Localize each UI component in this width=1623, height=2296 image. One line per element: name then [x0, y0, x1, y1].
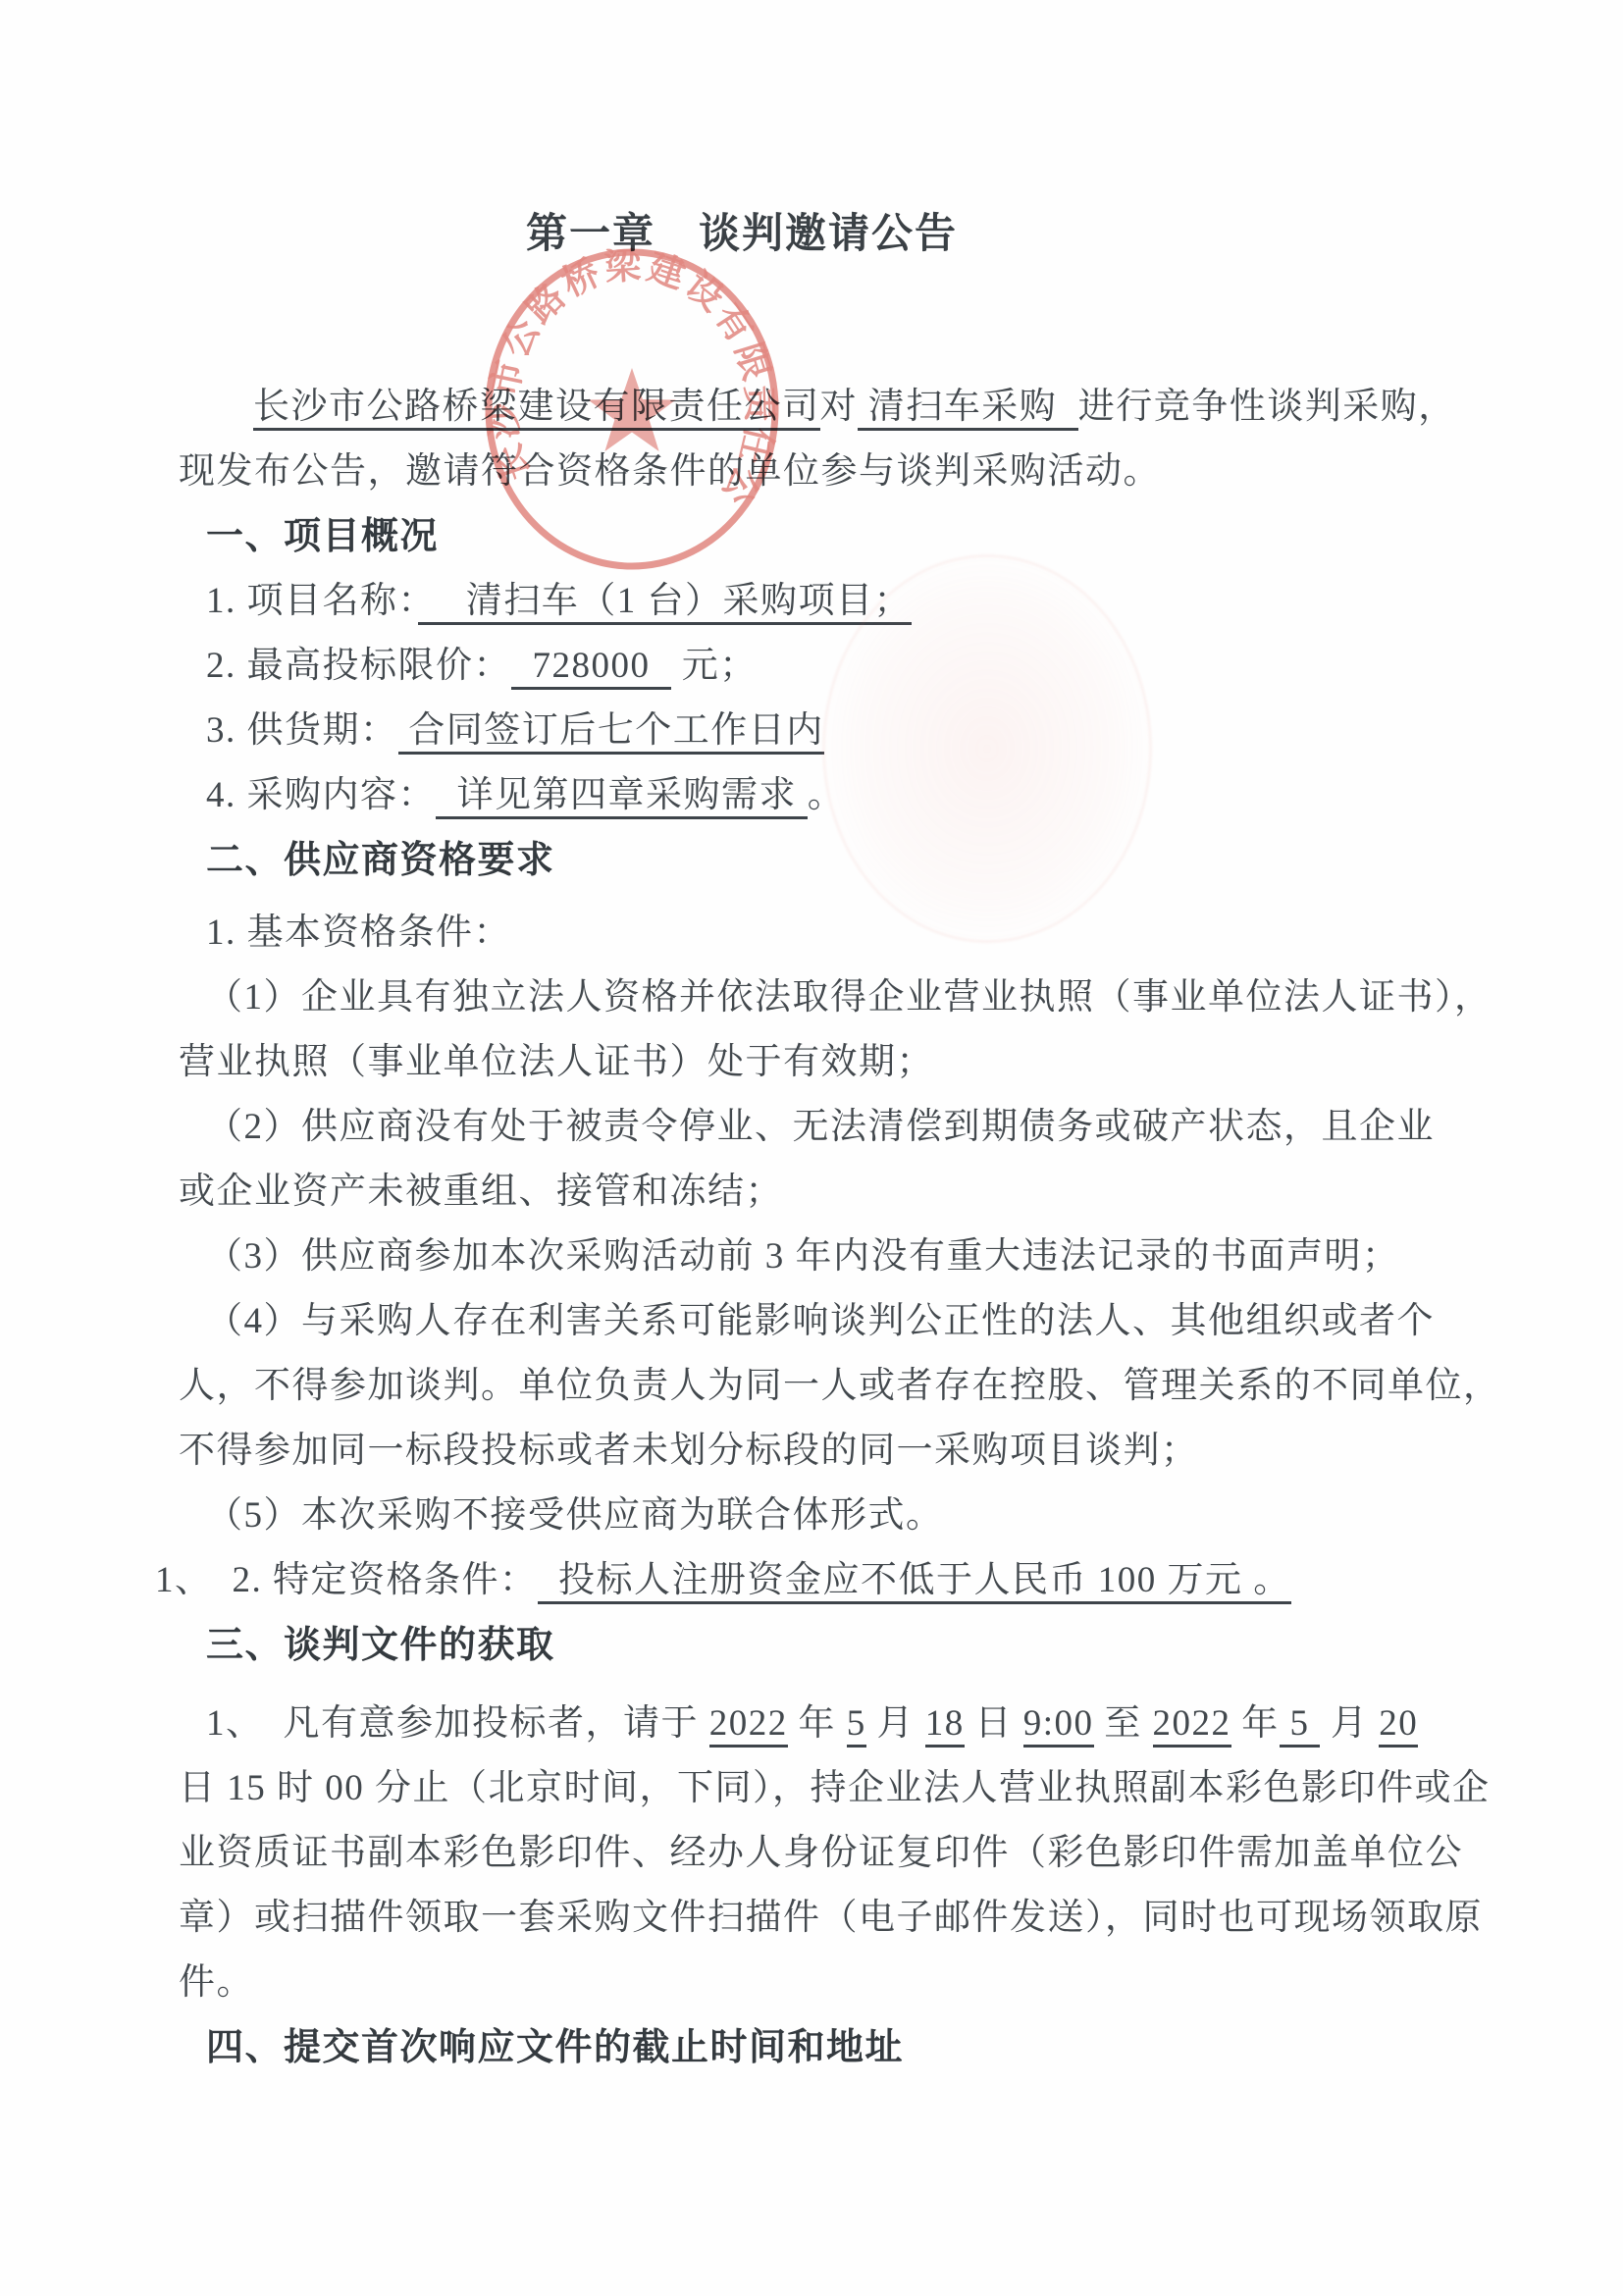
- text-segment: 年: [788, 1703, 847, 1744]
- text-segment: （4）与采购人存在利害关系可能影响谈判公正性的法人、其他组织或者个: [206, 1301, 1435, 1341]
- underlined-text: 2022: [1153, 1703, 1231, 1748]
- text-segment: 2. 特定资格条件：: [194, 1560, 538, 1600]
- underlined-text: 清扫车采购: [858, 387, 1078, 431]
- text-line: 现发布公告，邀请符合资格条件的单位参与谈判采购活动。: [179, 440, 1501, 504]
- text-line: 营业执照（事业单位法人证书）处于有效期；: [179, 1030, 1501, 1095]
- text-segment: 进行竞争性谈判采购，: [1078, 387, 1456, 427]
- text-line: 长沙市公路桥梁建设有限责任公司对 清扫车采购 进行竞争性谈判采购，: [179, 375, 1501, 440]
- text-segment: 元；: [671, 646, 758, 686]
- page-title: 第一章 谈判邀请公告: [179, 206, 1501, 267]
- underlined-text: 清扫车（1 台）采购项目；: [418, 581, 913, 625]
- text-segment: （3）供应商参加本次采购活动前 3 年内没有重大违法记录的书面声明；: [206, 1236, 1400, 1277]
- document-page: 第一章 谈判邀请公告 长沙市公路桥梁建设有限责任公司对 清扫车采购 进行竞争性谈…: [0, 0, 1623, 2296]
- underlined-text: 详见第四章采购需求: [436, 775, 808, 819]
- text-segment: 4. 采购内容：: [206, 775, 436, 815]
- text-segment: 1、: [155, 1560, 194, 1600]
- text-segment: （2）供应商没有处于被责令停业、无法清偿到期债务或破产状态，且企业: [206, 1107, 1435, 1147]
- text-line: 1、 2. 特定资格条件： 投标人注册资金应不低于人民币 100 万元 。: [155, 1548, 1501, 1613]
- text-line: 1. 基本资格条件：: [179, 901, 1501, 965]
- text-segment: 三、谈判文件的获取: [206, 1625, 555, 1666]
- text-line: （3）供应商参加本次采购活动前 3 年内没有重大违法记录的书面声明；: [179, 1225, 1501, 1289]
- text-segment: 四、提交首次响应文件的截止时间和地址: [206, 2027, 904, 2068]
- text-line: 3. 供货期： 合同签订后七个工作日内: [179, 699, 1501, 763]
- section-heading: 三、谈判文件的获取: [179, 1613, 1501, 1678]
- text-segment: 月: [1320, 1703, 1379, 1744]
- text-line: 2. 最高投标限价： 728000 元；: [179, 634, 1501, 699]
- text-segment: 2. 最高投标限价：: [206, 646, 511, 686]
- text-line: 1、 凡有意参加投标者，请于 2022 年 5 月 18 日 9:00 至 20…: [179, 1692, 1501, 1756]
- text-line: 或企业资产未被重组、接管和冻结；: [179, 1160, 1501, 1225]
- text-segment: 现发布公告，邀请符合资格条件的单位参与谈判采购活动。: [179, 451, 1161, 492]
- underlined-text: 合同签订后七个工作日内: [398, 710, 824, 755]
- text-segment: 月: [866, 1703, 925, 1744]
- text-segment: 或企业资产未被重组、接管和冻结；: [179, 1172, 783, 1212]
- text-line: （4）与采购人存在利害关系可能影响谈判公正性的法人、其他组织或者个: [179, 1289, 1501, 1354]
- section-heading: 二、供应商资格要求: [179, 828, 1501, 893]
- text-line: 不得参加同一标段投标或者未划分标段的同一采购项目谈判；: [179, 1419, 1501, 1484]
- text-line: 1. 项目名称： 清扫车（1 台）采购项目；: [179, 569, 1501, 634]
- underlined-text: 20: [1379, 1703, 1418, 1748]
- underlined-text: 18: [925, 1703, 965, 1748]
- underlined-text: 5: [1280, 1703, 1321, 1748]
- text-segment: 章）或扫描件领取一套采购文件扫描件（电子邮件发送），同时也可现场领取原: [179, 1898, 1483, 1938]
- text-segment: 人，不得参加谈判。单位负责人为同一人或者存在控股、管理关系的不同单位，: [179, 1366, 1501, 1406]
- text-line: 业资质证书副本彩色影印件、经办人身份证复印件（彩色影印件需加盖单位公: [179, 1821, 1501, 1886]
- text-segment: 业资质证书副本彩色影印件、经办人身份证复印件（彩色影印件需加盖单位公: [179, 1833, 1463, 1873]
- text-line: 日 15 时 00 分止（北京时间，下同），持企业法人营业执照副本彩色影印件或企: [179, 1756, 1501, 1821]
- text-segment: 一、项目概况: [206, 516, 439, 557]
- text-line: （5）本次采购不接受供应商为联合体形式。: [179, 1484, 1501, 1548]
- underlined-text: 9:00: [1023, 1703, 1094, 1748]
- text-segment: 日 15 时 00 分止（北京时间，下同），持企业法人营业执照副本彩色影印件或企: [179, 1768, 1491, 1808]
- text-line: 章）或扫描件领取一套采购文件扫描件（电子邮件发送），同时也可现场领取原: [179, 1886, 1501, 1951]
- text-segment: 年: [1231, 1703, 1280, 1744]
- text-segment: 凡有意参加投标者，请于: [245, 1703, 709, 1744]
- text-line: （2）供应商没有处于被责令停业、无法清偿到期债务或破产状态，且企业: [179, 1095, 1501, 1160]
- text-segment: 1. 基本资格条件：: [206, 913, 511, 953]
- document-body: 长沙市公路桥梁建设有限责任公司对 清扫车采购 进行竞争性谈判采购，现发布公告，邀…: [179, 375, 1501, 2080]
- section-heading: 四、提交首次响应文件的截止时间和地址: [179, 2015, 1501, 2080]
- text-segment: 营业执照（事业单位法人证书）处于有效期；: [179, 1042, 934, 1082]
- text-line: （1）企业具有独立法人资格并依法取得企业营业执照（事业单位法人证书），: [179, 965, 1501, 1030]
- text-segment: 二、供应商资格要求: [206, 840, 555, 881]
- underlined-text: 投标人注册资金应不低于人民币 100 万元 。: [538, 1560, 1291, 1604]
- text-segment: 日: [965, 1703, 1023, 1744]
- underlined-text: 2022: [709, 1703, 788, 1748]
- text-segment: （1）企业具有独立法人资格并依法取得企业营业执照（事业单位法人证书），: [206, 977, 1492, 1018]
- text-line: 4. 采购内容： 详见第四章采购需求 。: [179, 763, 1501, 828]
- text-segment: 不得参加同一标段投标或者未划分标段的同一采购项目谈判；: [179, 1431, 1199, 1471]
- underlined-text: 长沙市公路桥梁建设有限责任公司: [253, 387, 820, 431]
- underlined-text: 5: [847, 1703, 866, 1748]
- text-segment: 件。: [179, 1962, 254, 2003]
- text-segment: 3. 供货期：: [206, 710, 398, 751]
- text-line: 件。: [179, 1951, 1501, 2015]
- text-segment: 对: [820, 387, 859, 427]
- section-heading: 一、项目概况: [179, 504, 1501, 569]
- text-segment: （5）本次采购不接受供应商为联合体形式。: [206, 1495, 944, 1536]
- text-segment: 1、: [206, 1703, 245, 1744]
- document-content: 第一章 谈判邀请公告 长沙市公路桥梁建设有限责任公司对 清扫车采购 进行竞争性谈…: [179, 0, 1501, 2080]
- text-segment: 至: [1094, 1703, 1153, 1744]
- text-segment: 。: [808, 775, 846, 815]
- text-line: 人，不得参加谈判。单位负责人为同一人或者存在控股、管理关系的不同单位，: [179, 1354, 1501, 1419]
- text-segment: 1. 项目名称：: [206, 581, 418, 621]
- underlined-text: 728000: [511, 646, 671, 690]
